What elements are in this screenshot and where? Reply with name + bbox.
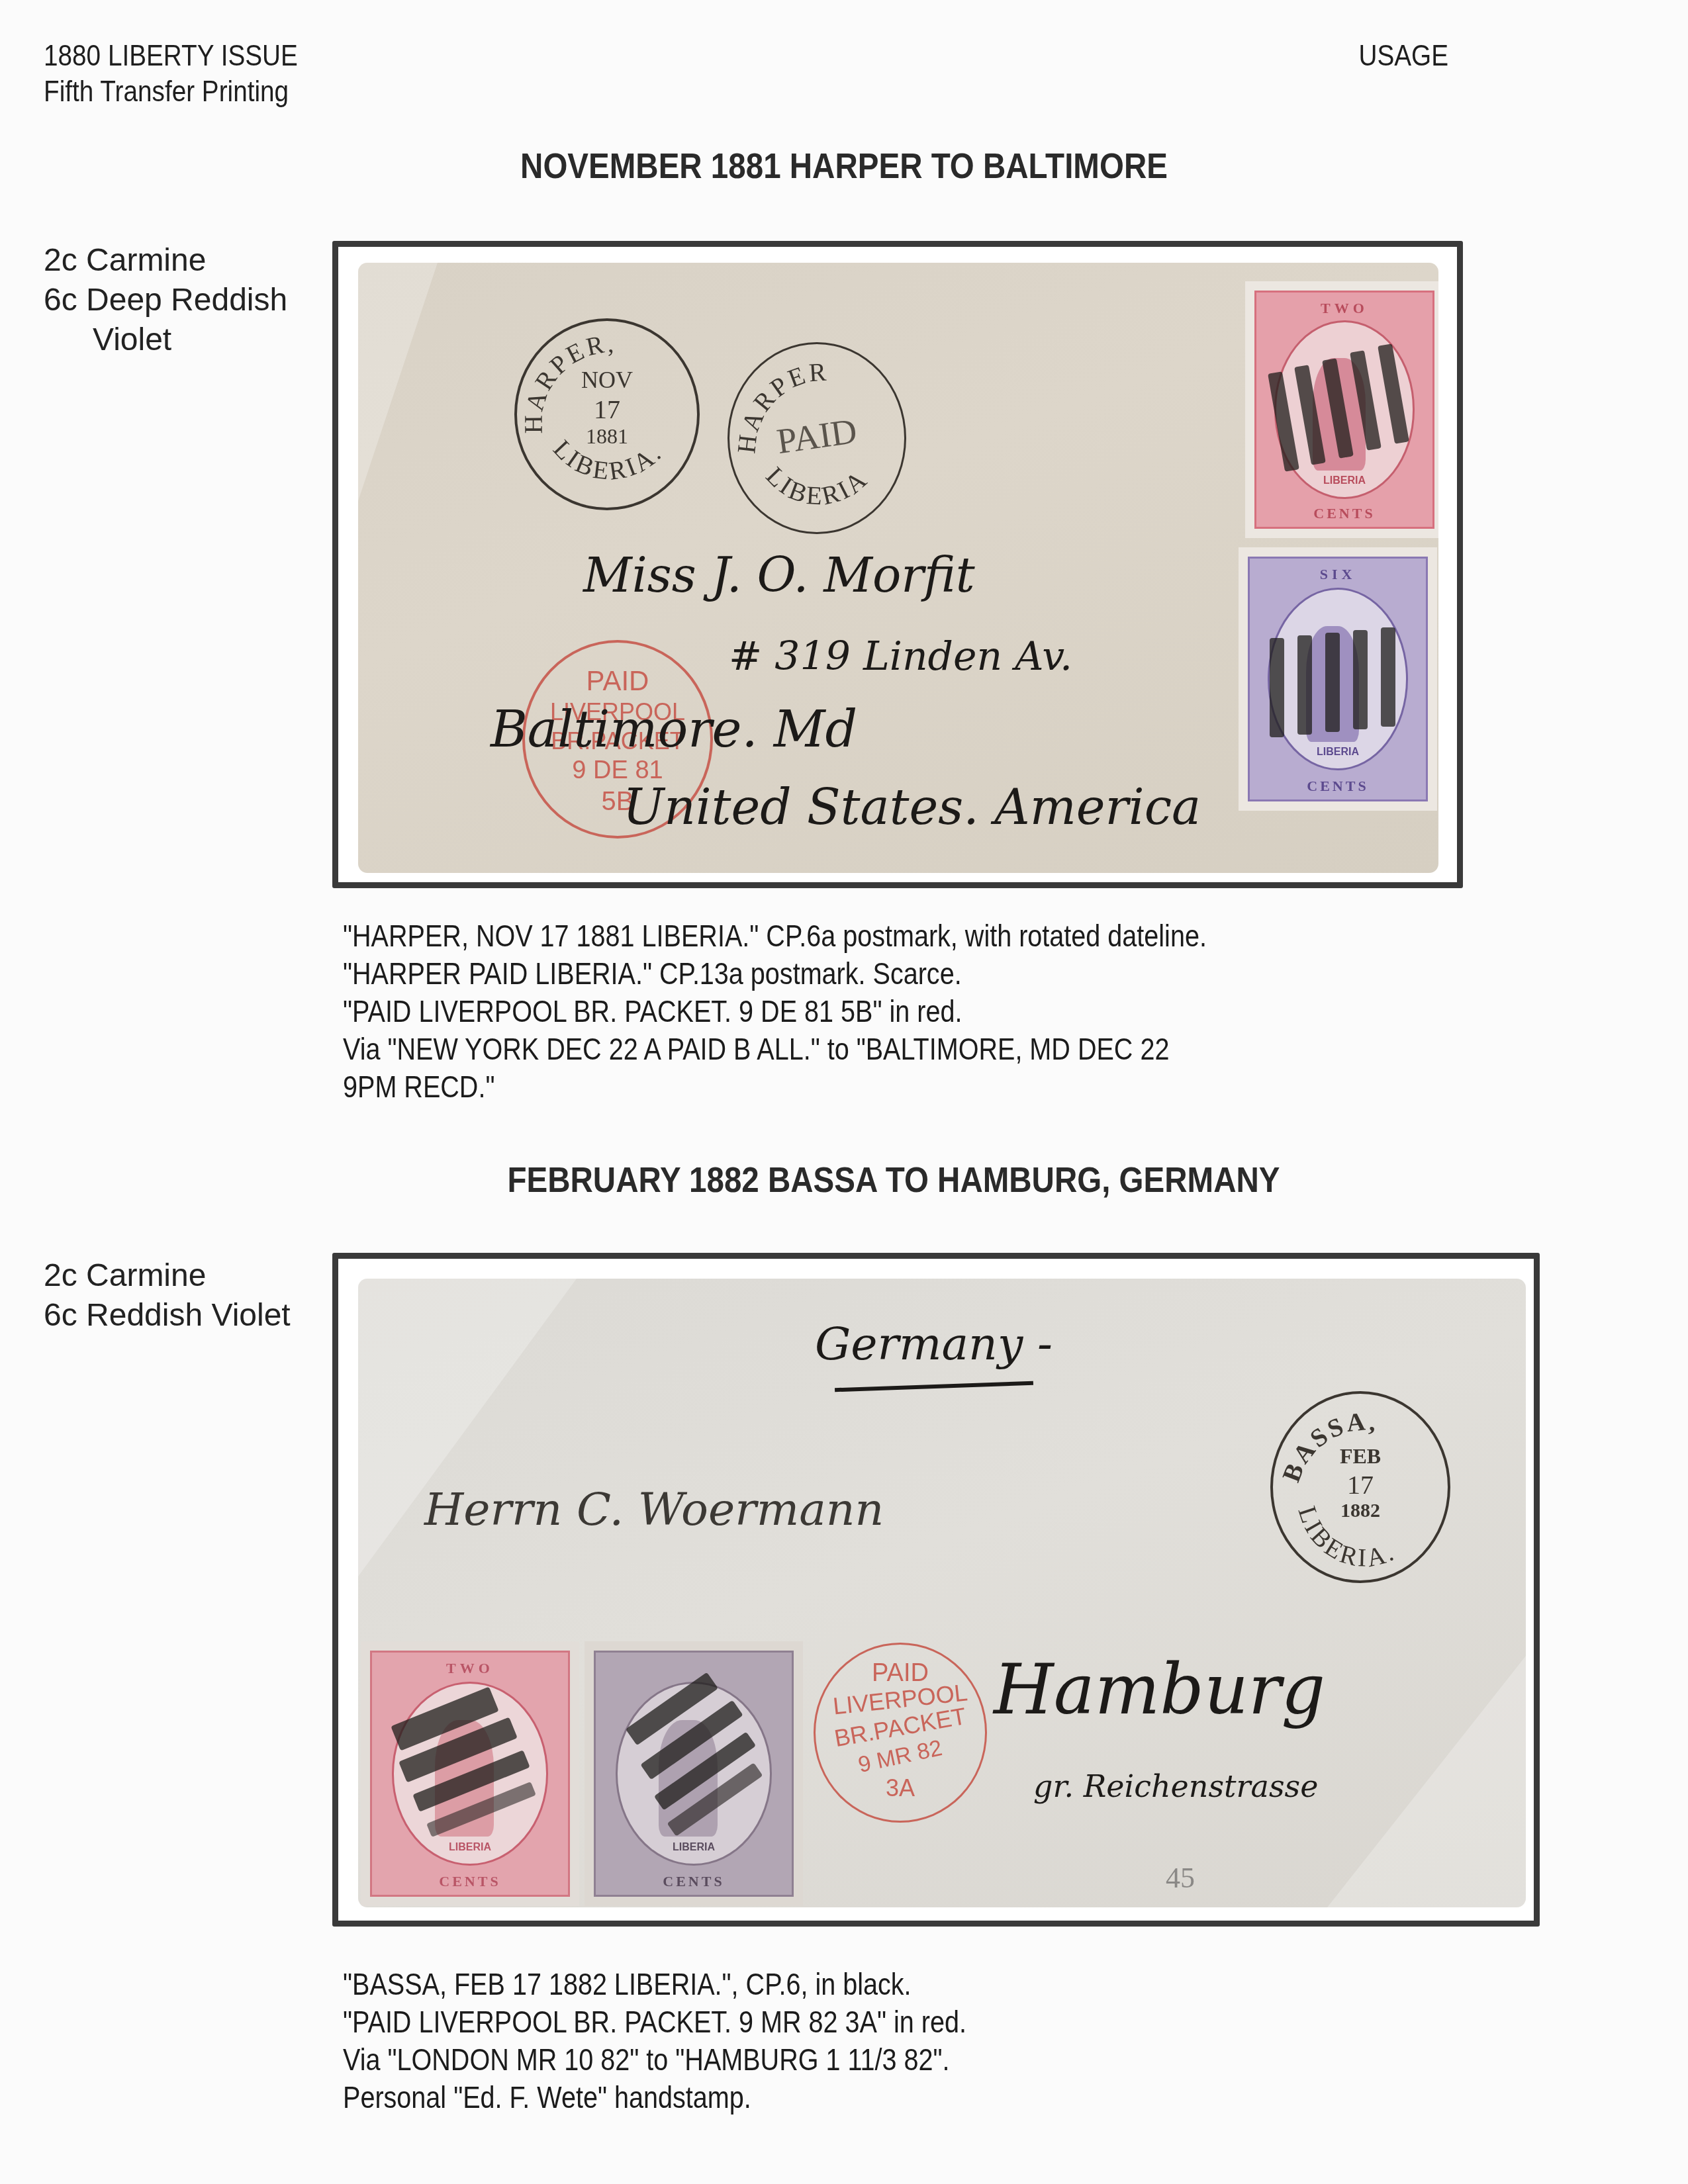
stamp-2c-carmine: TWO LIBERIA CENTS xyxy=(1245,281,1438,538)
cover1-stamps-description: 2c Carmine 6c Deep Reddish Violet xyxy=(44,241,287,360)
description-line: "PAID LIVERPOOL BR. PACKET. 9 DE 81 5B" … xyxy=(343,993,1207,1030)
svg-text:LIBERIA: LIBERIA xyxy=(761,462,874,511)
cover2-description: "BASSA, FEB 17 1882 LIBERIA.", CP.6, in … xyxy=(343,1966,966,2116)
cover2-frame: Germany - BASSA, LIBERIA. FEB 17 1882 He… xyxy=(332,1253,1540,1927)
stamp-country-text: LIBERIA xyxy=(1250,747,1426,758)
description-line: Via "LONDON MR 10 82" to "HAMBURG 1 11/3… xyxy=(343,2041,966,2079)
address-line-street: gr. Reichenstrasse xyxy=(1033,1768,1318,1804)
stamp-cents-text: CENTS xyxy=(596,1873,792,1890)
address-line-country: Germany - xyxy=(815,1318,1053,1371)
barred-cancel xyxy=(1270,638,1284,737)
address-line-name: Miss J. O. Morfit xyxy=(583,547,975,603)
description-line: "BASSA, FEB 17 1882 LIBERIA.", CP.6, in … xyxy=(343,1966,966,2003)
stamp-desc-line: Violet xyxy=(44,320,287,360)
envelope-flap xyxy=(1327,1656,1526,1907)
stamp-6c-reddish-violet: LIBERIA CENTS xyxy=(585,1641,803,1906)
description-line: "HARPER PAID LIBERIA." CP.13a postmark. … xyxy=(343,955,1207,993)
stamp-desc-line: 6c Reddish Violet xyxy=(44,1296,291,1336)
cover1-envelope: HARPER, LIBERIA. NOV 17 1881 HARPER LIBE… xyxy=(358,263,1438,873)
stamp-2c-carmine: TWO LIBERIA CENTS xyxy=(361,1641,579,1906)
address-line-country: United States. America xyxy=(623,779,1201,836)
cover1-title: NOVEMBER 1881 HARPER TO BALTIMORE xyxy=(101,146,1587,187)
envelope-flap xyxy=(358,263,438,501)
stamp-desc-line: 6c Deep Reddish xyxy=(44,281,287,320)
stamp-6c-reddish-violet: SIX LIBERIA CENTS xyxy=(1239,547,1437,811)
issue-title: 1880 LIBERTY ISSUE xyxy=(44,38,298,74)
harper-paid-postmark: HARPER LIBERIA PAID xyxy=(727,342,906,534)
stamp-country-text: LIBERIA xyxy=(372,1842,568,1854)
pencil-note: 45 xyxy=(1166,1861,1195,1895)
cover2-title: FEBRUARY 1882 BASSA TO HAMBURG, GERMANY xyxy=(107,1160,1680,1201)
bassa-cds-postmark: BASSA, LIBERIA. FEB 17 1882 xyxy=(1270,1391,1450,1583)
harper-cds-postmark: HARPER, LIBERIA. NOV 17 1881 xyxy=(514,318,700,510)
issue-subtitle: Fifth Transfer Printing xyxy=(44,74,289,110)
cover1-description: "HARPER, NOV 17 1881 LIBERIA." CP.6a pos… xyxy=(343,917,1207,1106)
stamp-country-text: LIBERIA xyxy=(1256,475,1432,487)
section-label: USAGE xyxy=(1358,38,1448,74)
underline xyxy=(835,1381,1033,1392)
address-line-salutation: Herrn C. Woermann xyxy=(424,1484,884,1536)
stamp-cents-text: CENTS xyxy=(1256,505,1432,522)
cover2-stamps-description: 2c Carmine 6c Reddish Violet xyxy=(44,1256,291,1336)
stamp-value-text: TWO xyxy=(1256,300,1432,317)
stamp-desc-line: 2c Carmine xyxy=(44,1256,291,1296)
stamp-cents-text: CENTS xyxy=(372,1873,568,1890)
cover1-frame: HARPER, LIBERIA. NOV 17 1881 HARPER LIBE… xyxy=(332,241,1463,888)
description-line: 9PM RECD." xyxy=(343,1068,1207,1106)
address-line-city: Hamburg xyxy=(994,1649,1325,1730)
description-line: "HARPER, NOV 17 1881 LIBERIA." CP.6a pos… xyxy=(343,917,1207,955)
stamp-value-text: TWO xyxy=(372,1660,568,1677)
address-line-street: # 319 Linden Av. xyxy=(729,633,1072,680)
cover2-envelope: Germany - BASSA, LIBERIA. FEB 17 1882 He… xyxy=(358,1279,1526,1907)
stamp-cents-text: CENTS xyxy=(1250,778,1426,795)
stamp-country-text: LIBERIA xyxy=(596,1842,792,1854)
description-line: Via "NEW YORK DEC 22 A PAID B ALL." to "… xyxy=(343,1030,1207,1068)
liverpool-red-postmark: PAID LIVERPOOL BR.PACKET 9 MR 82 3A xyxy=(814,1643,987,1823)
stamp-desc-line: 2c Carmine xyxy=(44,241,287,281)
address-line-city: Baltimore. Md xyxy=(491,700,857,758)
description-line: Personal "Ed. F. Wete" handstamp. xyxy=(343,2079,966,2116)
description-line: "PAID LIVERPOOL BR. PACKET. 9 MR 82 3A" … xyxy=(343,2003,966,2041)
stamp-value-text: SIX xyxy=(1250,566,1426,583)
